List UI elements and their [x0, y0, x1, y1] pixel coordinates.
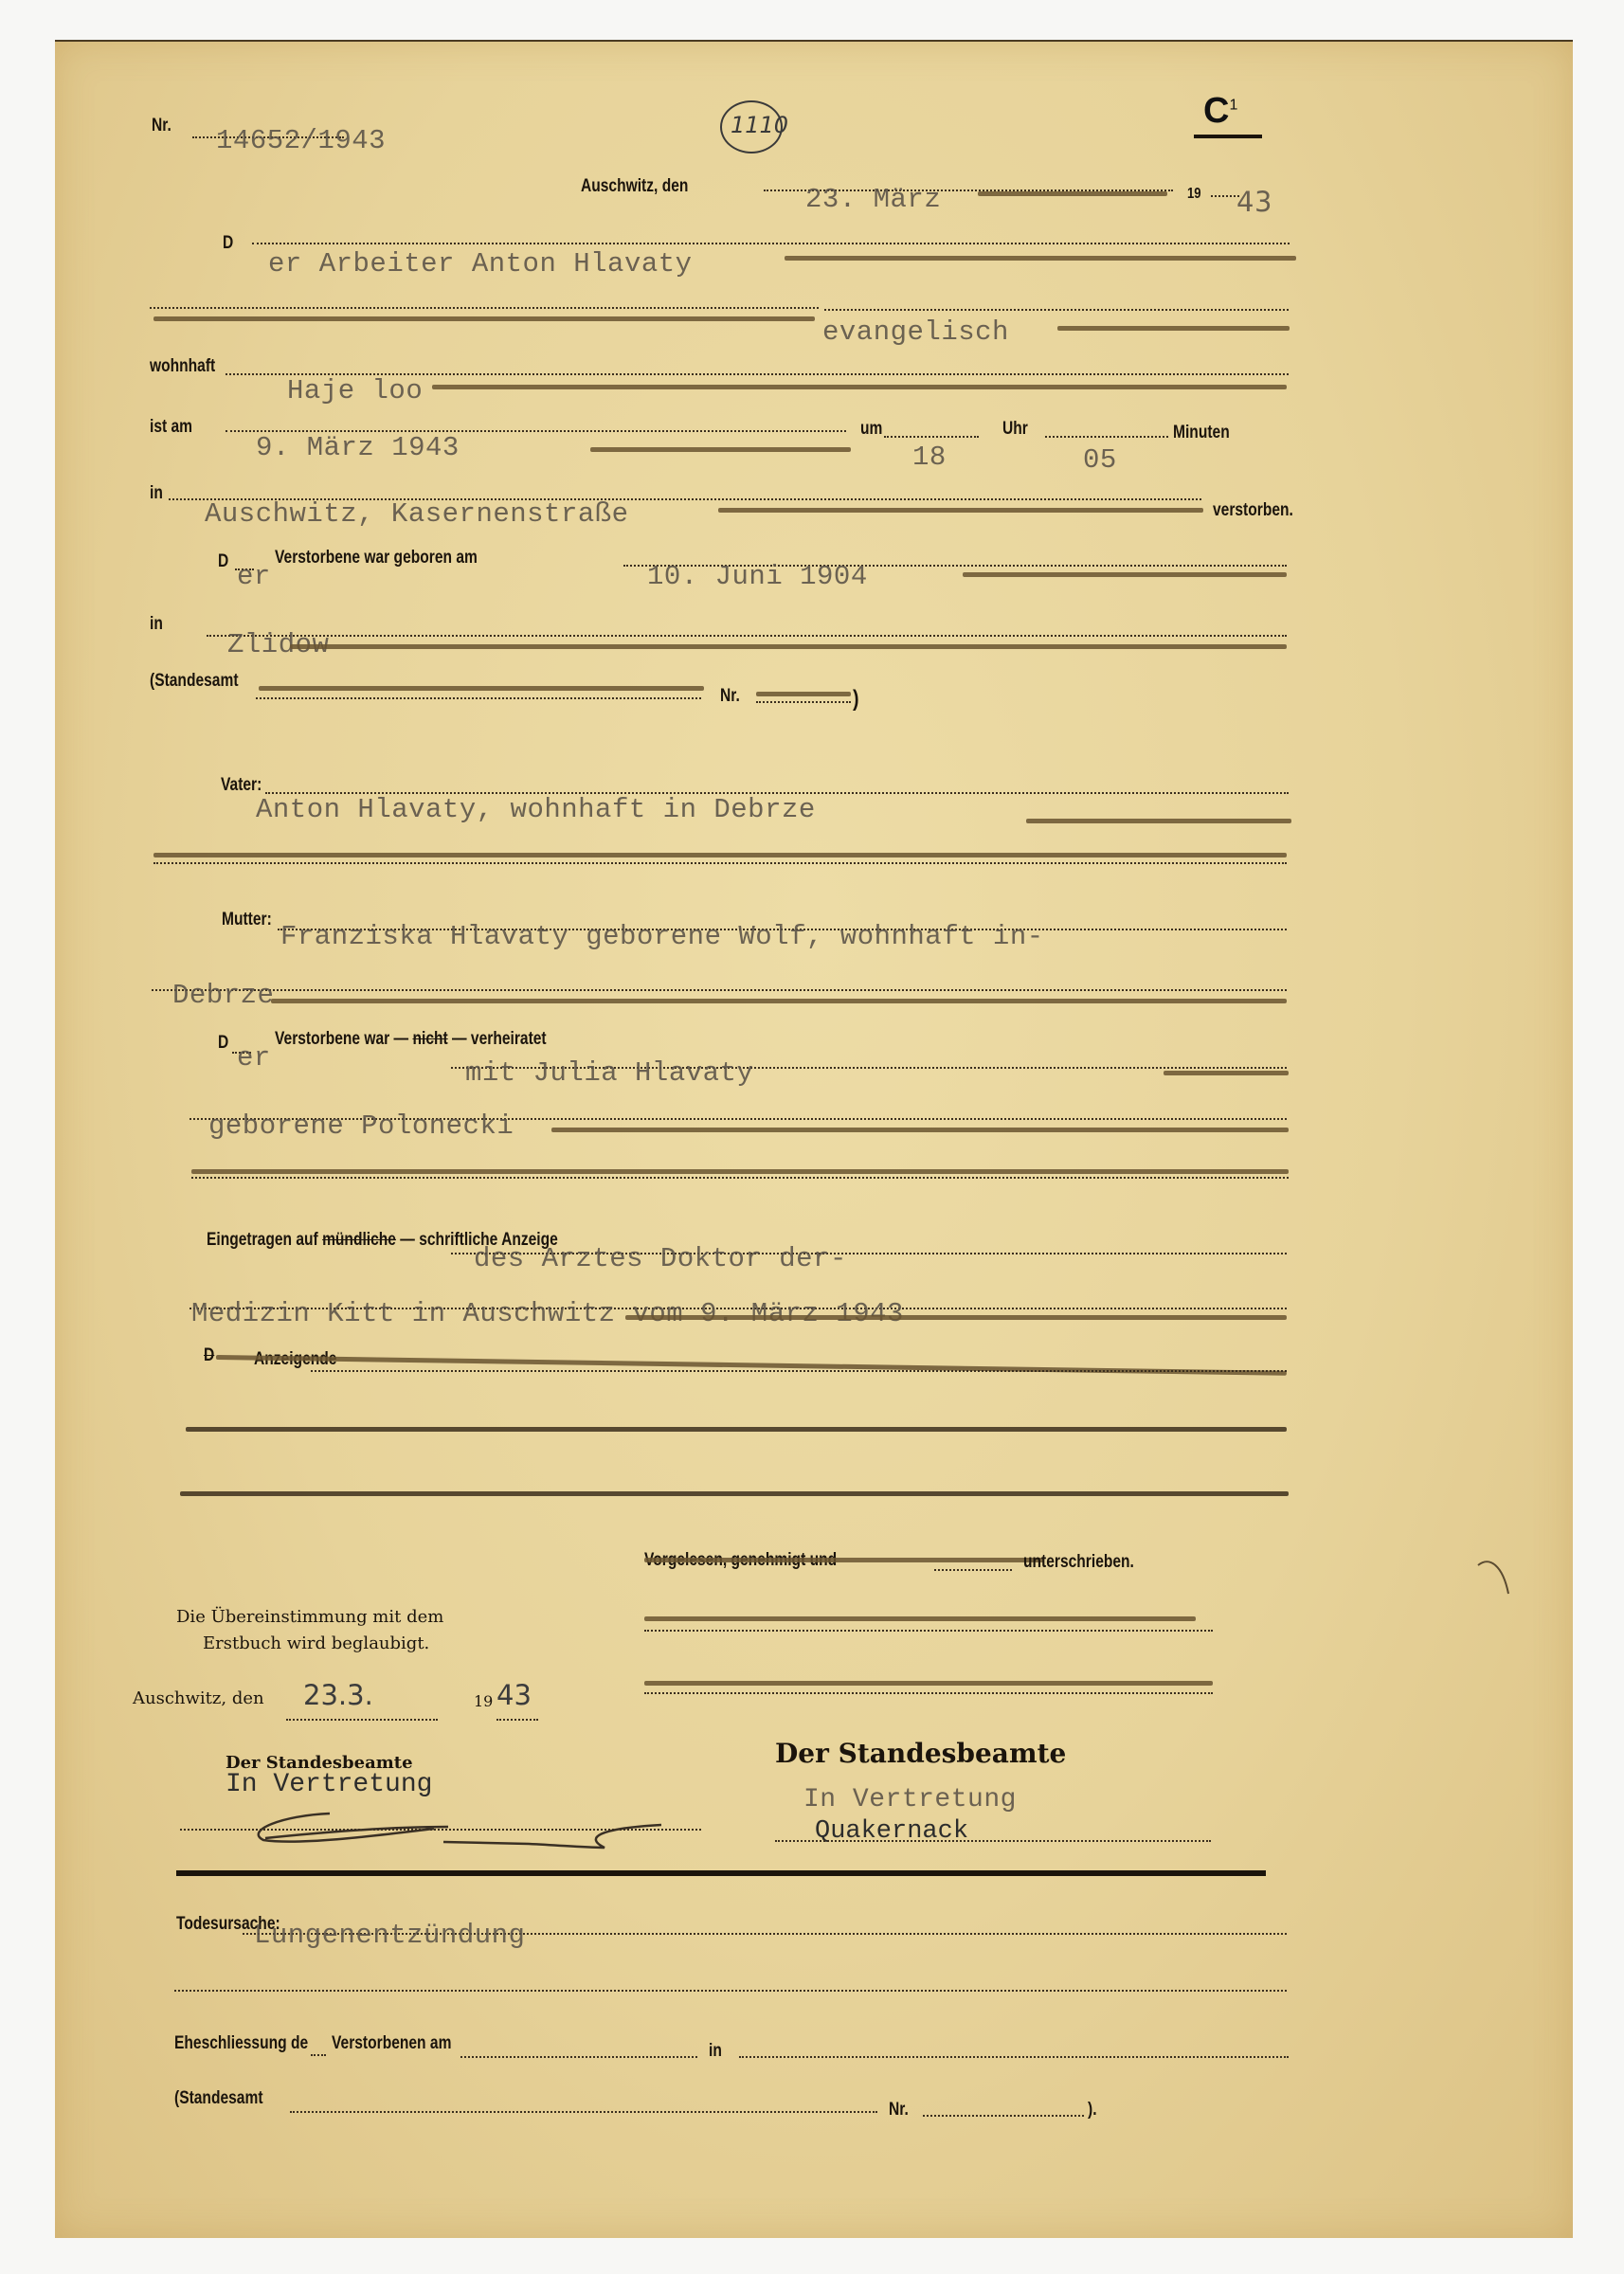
- vorgelesen-dotted: [934, 1569, 1012, 1571]
- nr-label: Nr.: [152, 116, 171, 136]
- standesamt-close-paren: ): [853, 686, 859, 713]
- residence-label: wohnhaft: [150, 356, 215, 377]
- signature-line2-bar: [644, 1681, 1213, 1686]
- d-label: D: [223, 233, 233, 254]
- vater-line2-fill-bar: [153, 853, 1287, 857]
- register-number: 14652/1943: [216, 125, 386, 156]
- standesamt-nr-fill-bar: [756, 692, 851, 696]
- vater-fill-bar: [1026, 819, 1291, 823]
- right-stamp: In Vertretung: [803, 1785, 1017, 1814]
- birth-er-value: er: [237, 561, 271, 592]
- hour-dotted-line: [884, 436, 979, 438]
- residence-fill-bar: [432, 385, 1287, 389]
- line2-fill-bar: [153, 316, 815, 321]
- date-value: 23. März: [805, 184, 941, 215]
- cert-place-label: Auschwitz, den: [133, 1688, 264, 1708]
- deceased-name: er Arbeiter Anton Hlavaty: [268, 248, 693, 280]
- anzeigende-dotted-line: [311, 1370, 1287, 1372]
- spouse-line2: geborene Polonecki: [208, 1110, 514, 1142]
- report-label-part1: Eingetragen auf: [207, 1230, 318, 1250]
- mutter-value-line1: Franziska Hlavaty geborene Wolf, wohnhaf…: [280, 921, 1044, 952]
- vorgelesen-strike-bar: [644, 1558, 1044, 1562]
- spouse-fill-bar: [1164, 1071, 1289, 1075]
- hour-value: 18: [912, 442, 947, 473]
- right-signature-dotted: [775, 1840, 1211, 1842]
- birth-place-fill-bar: [290, 644, 1287, 649]
- verstorben-label: verstorben.: [1213, 500, 1293, 521]
- minutes-dotted-line: [1045, 436, 1168, 438]
- footer-close: ).: [1088, 2100, 1097, 2121]
- standesamt-dotted-line: [256, 697, 701, 699]
- marriage-line3-dotted: [191, 1177, 1289, 1179]
- circled-number-stamp: 1110: [720, 100, 783, 153]
- signature-line2-dotted: [644, 1692, 1213, 1694]
- cert-date-dotted: [286, 1719, 438, 1721]
- cause-value: Lungenentzündung: [254, 1920, 525, 1951]
- place-date-label: Auschwitz, den: [581, 176, 688, 197]
- religion-value: evangelisch: [822, 316, 1009, 348]
- marriage-line3-fill-bar: [191, 1169, 1289, 1174]
- religion-fill-bar: [1057, 326, 1290, 331]
- birth-date-value: 10. Juni 1904: [647, 561, 868, 592]
- born-label: Verstorbene war geboren am: [275, 548, 478, 568]
- left-stamp: In Vertretung: [226, 1770, 432, 1799]
- certification-line2: Erstbuch wird beglaubigt.: [203, 1633, 429, 1653]
- standesamt-fill-bar: [259, 686, 704, 691]
- form-code-letter: C: [1203, 91, 1229, 131]
- footer-nr-dotted: [923, 2115, 1084, 2117]
- year-value: 43: [1236, 186, 1272, 218]
- signature-line1-bar: [644, 1616, 1196, 1621]
- right-standesbeamte-title: Der Standesbeamte: [775, 1738, 1066, 1769]
- circled-number: 1110: [731, 112, 788, 138]
- unterschrieben-label: unterschrieben.: [1023, 1552, 1134, 1573]
- anzeigende-line3-bar: [180, 1491, 1289, 1496]
- standesamt-nr-dotted: [756, 701, 851, 703]
- year-prefix: 19: [1187, 186, 1201, 203]
- standesamt-label: (Standesamt: [150, 671, 239, 692]
- report-label-struck: mündliche: [322, 1230, 396, 1250]
- death-date-fill-bar: [590, 447, 851, 452]
- form-code-underline: [1194, 135, 1262, 138]
- marriage-label-part2: — verheiratet: [452, 1029, 547, 1049]
- anzeigende-strike-bar: [216, 1355, 1287, 1376]
- standesamt-nr-label: Nr.: [720, 686, 740, 707]
- verstorbenen-am-label: Verstorbenen am: [332, 2033, 451, 2054]
- cause-line2-dotted: [174, 1990, 1287, 1992]
- spouse-line1: mit Julia Hlavaty: [465, 1057, 753, 1089]
- report-value-line1: des Arztes Doktor der-: [474, 1243, 847, 1274]
- marriage-place-label: in: [709, 2041, 722, 2062]
- uhr-label: Uhr: [1002, 419, 1028, 440]
- vater-label: Vater:: [221, 775, 262, 796]
- mutter-value-line2: Debrze: [172, 980, 274, 1011]
- section-divider: [176, 1870, 1266, 1876]
- minutes-value: 05: [1083, 444, 1117, 476]
- birth-place-label: in: [150, 614, 163, 635]
- religion-dotted-line: [824, 309, 1289, 311]
- mutter-label: Mutter:: [222, 910, 272, 930]
- certification-line1: Die Übereinstimmung mit dem: [176, 1607, 443, 1627]
- footer-standesamt-label: (Standesamt: [174, 2088, 263, 2109]
- death-place-label: in: [150, 483, 163, 504]
- mutter-fill-bar: [271, 999, 1287, 1003]
- document-page: Nr. 14652/1943 1110 C1 Auschwitz, den 23…: [55, 40, 1573, 2238]
- name-fill-bar: [785, 256, 1296, 261]
- report-fill-bar: [625, 1315, 1287, 1320]
- cert-year-value: 43: [496, 1679, 532, 1711]
- marriage-label-part1: Verstorbene war —: [275, 1029, 408, 1049]
- residence-value: Haje loo: [287, 375, 423, 406]
- mutter-line2-dotted: [152, 989, 1287, 991]
- marriage-date-dotted: [460, 2056, 697, 2058]
- marriage-er-value: er: [237, 1042, 271, 1074]
- signature-line1-dotted: [644, 1630, 1213, 1632]
- cert-year-dotted: [496, 1719, 538, 1721]
- marriage-label: Verstorbene war — nicht — verheiratet: [275, 1029, 547, 1050]
- report-value-line2: Medizin Kitt in Auschwitz vom 9. März 19…: [191, 1298, 904, 1329]
- footer-standesamt-dotted: [290, 2111, 877, 2113]
- eheschliessung-label: Eheschliessung de: [174, 2033, 308, 2054]
- marriage-d-label: D: [218, 1033, 228, 1054]
- death-place-value: Auschwitz, Kasernenstraße: [205, 498, 629, 530]
- form-code: C1: [1203, 91, 1237, 132]
- footer-nr-label: Nr.: [889, 2100, 909, 2121]
- year-dotted-line: [1211, 195, 1239, 197]
- handwritten-signature: [244, 1804, 661, 1851]
- vater-value: Anton Hlavaty, wohnhaft in Debrze: [256, 794, 816, 825]
- death-place-fill-bar: [718, 508, 1203, 513]
- birth-date-fill-bar: [963, 572, 1287, 577]
- vater-line2-dotted: [153, 862, 1287, 864]
- paper-fiber-mark: [1476, 1558, 1514, 1605]
- marriage-label-struck: nicht: [412, 1029, 447, 1049]
- minuten-label: Minuten: [1173, 423, 1230, 443]
- name-dotted-line: [252, 243, 1290, 244]
- death-date-value: 9. März 1943: [256, 432, 460, 463]
- form-code-superscript: 1: [1229, 97, 1237, 113]
- anzeigende-d-label: D: [204, 1345, 214, 1366]
- spouse-line2-fill-bar: [551, 1128, 1289, 1132]
- um-label: um: [860, 419, 882, 440]
- marriage-place-dotted: [739, 2056, 1289, 2058]
- anzeigende-line2-bar: [186, 1427, 1287, 1432]
- death-date-label: ist am: [150, 417, 192, 438]
- cert-date-value: 23.3.: [303, 1679, 373, 1711]
- eheschliessung-dotted: [311, 2054, 326, 2056]
- cert-year-prefix: 19: [474, 1692, 493, 1710]
- birth-d-label: D: [218, 551, 228, 572]
- birth-place-dotted-line: [207, 635, 1287, 637]
- line2-dotted: [150, 307, 819, 309]
- date-fill-bar: [978, 191, 1167, 196]
